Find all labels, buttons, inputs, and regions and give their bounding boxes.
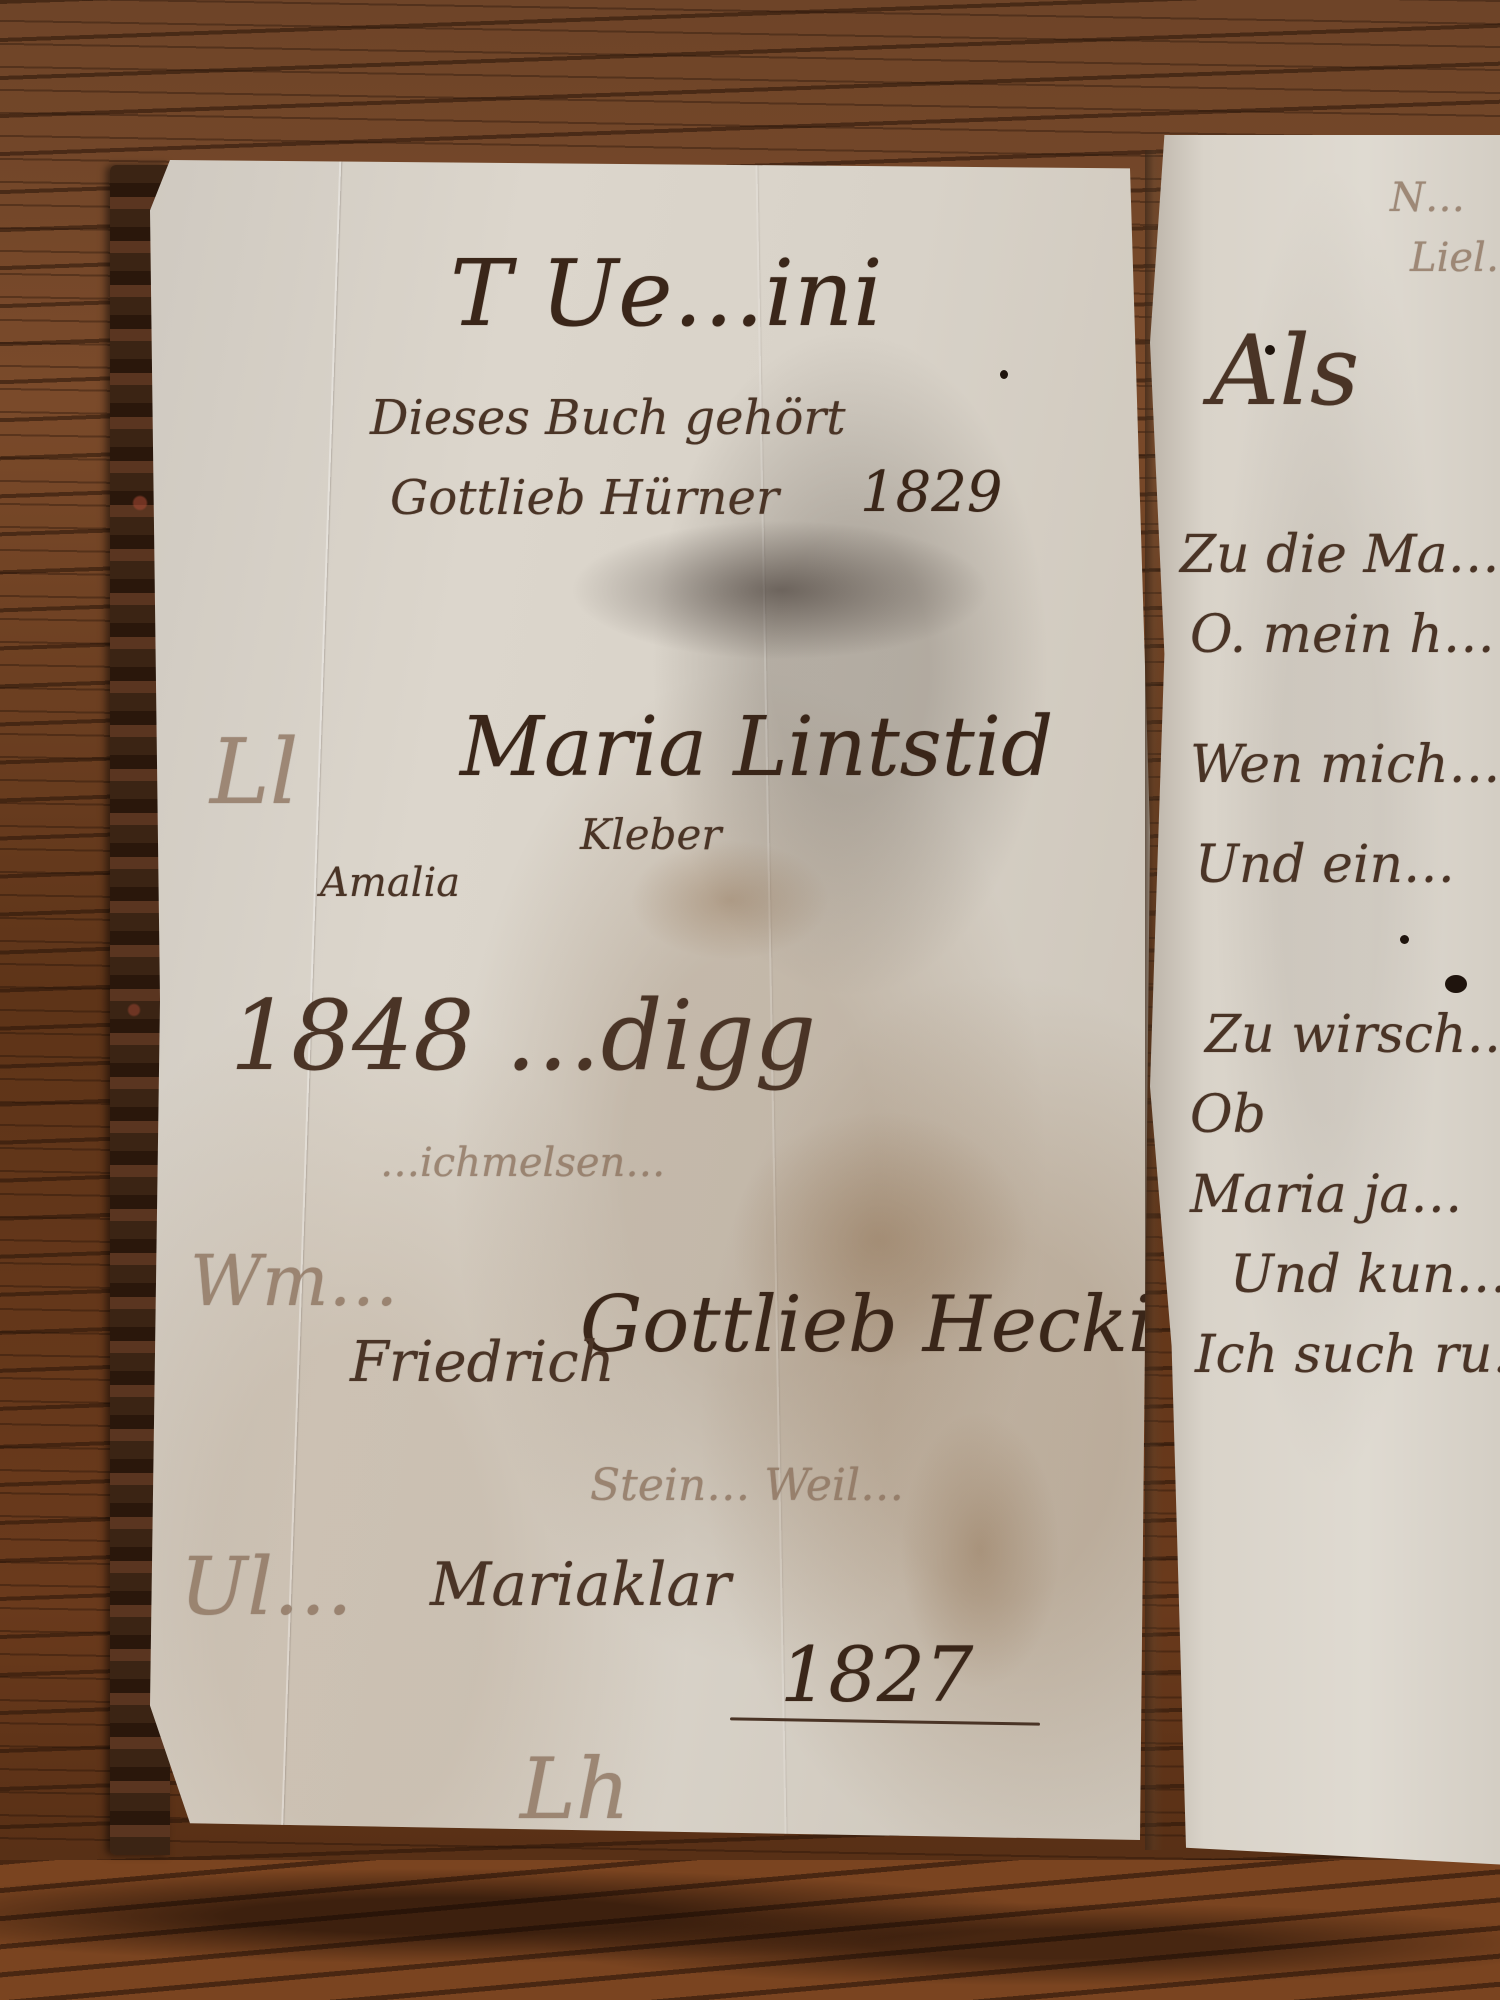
lower-name: Mariaklar — [430, 1550, 731, 1620]
ink-blot — [1445, 975, 1467, 993]
right-line: O. mein h… — [1190, 605, 1495, 665]
ink-blot — [1000, 370, 1008, 379]
right-heading: Als — [1210, 315, 1359, 427]
faint-mark: Ul… — [180, 1540, 353, 1633]
faint-mark: Lh — [520, 1740, 630, 1838]
ink-blot — [1400, 935, 1409, 944]
name-maria: Maria Lintstid — [460, 700, 1053, 795]
right-line: Ich such ru… — [1195, 1325, 1500, 1385]
right-page: N… Liel… Als Zu die Ma… O. mein h… Wen m… — [1150, 135, 1500, 1865]
lower-line: Stein… Weil… — [590, 1460, 904, 1511]
faint-mark: Wm… — [190, 1240, 398, 1322]
right-line: Zu wirsch… — [1205, 1005, 1500, 1065]
left-page: T Ue…ini Dieses Buch gehört Gottlieb Hür… — [150, 160, 1150, 1840]
right-line: Zu die Ma… — [1180, 525, 1500, 585]
signature-friedrich: Friedrich — [350, 1330, 615, 1395]
wooden-table-foreground — [0, 1860, 1500, 2000]
name-kleber: Kleber — [580, 810, 721, 859]
ownership-line: Dieses Buch gehört — [370, 390, 846, 446]
year-1829: 1829 — [860, 460, 1003, 525]
year-1827: 1827 — [780, 1630, 973, 1719]
right-line: Und kun… — [1230, 1245, 1500, 1305]
right-line: Wen mich… — [1190, 735, 1500, 795]
faint-line: …ichmelsen… — [380, 1140, 665, 1186]
faint-mark: Ll — [210, 720, 299, 825]
right-line: Und ein… — [1195, 835, 1455, 895]
year-1848-text: 1848 …digg — [230, 980, 816, 1092]
right-line: N… — [1390, 175, 1465, 221]
ink-smudge — [570, 520, 990, 660]
right-line: Ob — [1190, 1085, 1266, 1145]
heading-text: T Ue…ini — [450, 240, 883, 347]
right-line: Maria ja… — [1190, 1165, 1462, 1225]
owner-name: Gottlieb Hürner — [390, 470, 779, 526]
right-line: Liel… — [1410, 235, 1500, 281]
name-amalia: Amalia — [320, 860, 460, 906]
